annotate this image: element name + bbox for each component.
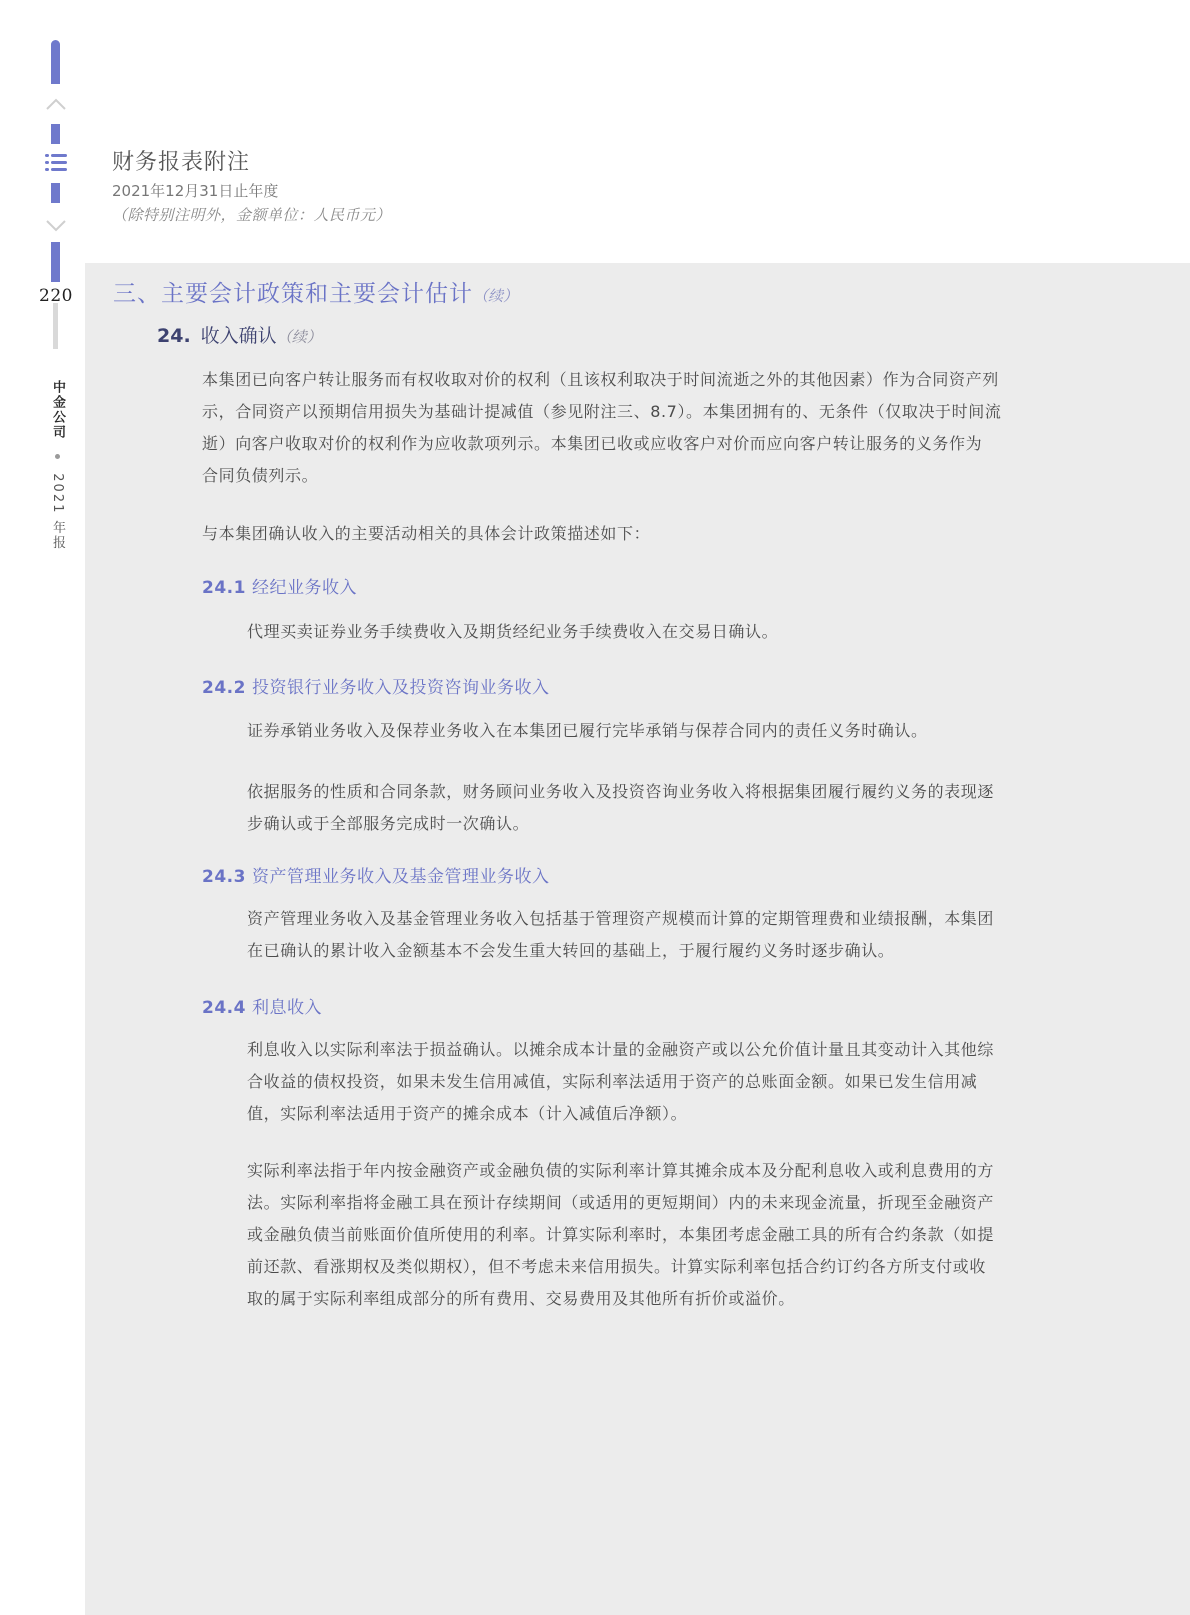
text-line: 资产管理业务收入及基金管理业务收入包括基于管理资产规模而计算的定期管理费和业绩报… — [247, 903, 994, 935]
item-paragraph: 证券承销业务收入及保荐业务收入在本集团已履行完毕承销与保荐合同内的责任义务时确认… — [247, 715, 928, 747]
rail-divider — [53, 303, 58, 349]
item-paragraph: 利息收入以实际利率法于损益确认。以摊余成本计量的金融资产或以公允价值计量且其变动… — [247, 1034, 994, 1130]
separator-dot — [55, 454, 60, 459]
text-line: 与本集团确认收入的主要活动相关的具体会计政策描述如下： — [202, 518, 650, 550]
item-number: 24.4 — [202, 998, 246, 1018]
subsection-number: 24. — [157, 325, 191, 347]
list-menu-icon[interactable] — [44, 152, 68, 174]
rail-accent-bar — [51, 124, 60, 144]
rail-accent-bar — [51, 242, 60, 282]
item-paragraph: 依据服务的性质和合同条款，财务顾问业务收入及投资咨询业务收入将根据集团履行履约义… — [247, 776, 994, 840]
text-line: 实际利率法指于年内按金融资产或金融负债的实际利率计算其摊余成本及分配利息收入或利… — [247, 1155, 994, 1187]
text-line: 合同负债列示。 — [202, 460, 1001, 492]
text-line: 取的属于实际利率组成部分的所有费用、交易费用及其他所有折价或溢价。 — [247, 1283, 994, 1315]
continued-note: （续） — [473, 287, 518, 305]
section-title: 三、主要会计政策和主要会计估计（续） — [113, 278, 518, 312]
text-line: 法。实际利率指将金融工具在预计存续期间（或适用的更短期间）内的未来现金流量，折现… — [247, 1187, 994, 1219]
item-title: 投资银行业务收入及投资咨询业务收入 — [252, 678, 550, 698]
text-line: 在已确认的累计收入金额基本不会发生重大转回的基础上，于履行履约义务时逐步确认。 — [247, 935, 994, 967]
subsection-title-text: 收入确认 — [201, 325, 277, 347]
text-line: 证券承销业务收入及保荐业务收入在本集团已履行完毕承销与保荐合同内的责任义务时确认… — [247, 715, 928, 747]
item-number: 24.2 — [202, 678, 246, 698]
subsection-title: 24.收入确认（续） — [157, 322, 322, 351]
item-title: 利息收入 — [252, 998, 322, 1018]
item-number: 24.3 — [202, 867, 246, 887]
text-line: 代理买卖证券业务手续费收入及期货经纪业务手续费收入在交易日确认。 — [247, 616, 778, 648]
item-paragraph: 实际利率法指于年内按金融资产或金融负债的实际利率计算其摊余成本及分配利息收入或利… — [247, 1155, 994, 1315]
item-heading-24-4: 24.4利息收入 — [202, 994, 322, 1022]
text-line: 步确认或于全部服务完成时一次确认。 — [247, 808, 994, 840]
chevron-down-icon[interactable] — [45, 218, 67, 232]
text-line: 或金融负债当前账面价值所使用的利率。计算实际利率时，本集团考虑金融工具的所有合约… — [247, 1219, 994, 1251]
rail-accent-bar — [51, 183, 60, 203]
report-year: 2021 年报 — [50, 473, 65, 550]
rail-accent-bar — [51, 40, 60, 84]
item-paragraph: 资产管理业务收入及基金管理业务收入包括基于管理资产规模而计算的定期管理费和业绩报… — [247, 903, 994, 967]
item-heading-24-2: 24.2投资银行业务收入及投资咨询业务收入 — [202, 674, 549, 702]
text-line: 值，实际利率法适用于资产的摊余成本（计入减值后净额）。 — [247, 1098, 994, 1130]
text-line: 利息收入以实际利率法于损益确认。以摊余成本计量的金融资产或以公允价值计量且其变动… — [247, 1034, 994, 1066]
text-line: 逝）向客户收取对价的权利作为应收款项列示。本集团已收或应收客户对价而应向客户转让… — [202, 428, 1001, 460]
item-heading-24-3: 24.3资产管理业务收入及基金管理业务收入 — [202, 863, 549, 891]
text-line: 依据服务的性质和合同条款，财务顾问业务收入及投资咨询业务收入将根据集团履行履约义… — [247, 776, 994, 808]
currency-unit-note: （除特别注明外，金额单位：人民币元） — [112, 203, 391, 227]
chevron-up-icon[interactable] — [45, 96, 67, 110]
section-title-text: 三、主要会计政策和主要会计估计 — [113, 281, 473, 307]
item-title: 经纪业务收入 — [252, 578, 357, 598]
document-header: 财务报表附注 2021年12月31日止年度 （除特别注明外，金额单位：人民币元） — [112, 148, 391, 227]
page-navigation-rail: 220 中金公司 2021 年报 — [0, 0, 84, 1615]
text-line: 合收益的债权投资，如果未发生信用减值，实际利率法适用于资产的总账面金额。如果已发… — [247, 1066, 994, 1098]
continued-note: （续） — [277, 328, 322, 346]
text-line: 前还款、看涨期权及类似期权），但不考虑未来信用损失。计算实际利率包括合约订约各方… — [247, 1251, 994, 1283]
lead-paragraph: 与本集团确认收入的主要活动相关的具体会计政策描述如下： — [202, 518, 650, 550]
intro-paragraph: 本集团已向客户转让服务而有权收取对价的权利（且该权利取决于时间流逝之外的其他因素… — [202, 364, 1001, 492]
report-label: 中金公司 2021 年报 — [47, 380, 67, 551]
document-period: 2021年12月31日止年度 — [112, 179, 391, 203]
item-heading-24-1: 24.1经纪业务收入 — [202, 574, 357, 602]
text-line: 示，合同资产以预期信用损失为基础计提减值（参见附注三、8.7）。本集团拥有的、无… — [202, 396, 1001, 428]
text-line: 本集团已向客户转让服务而有权收取对价的权利（且该权利取决于时间流逝之外的其他因素… — [202, 364, 1001, 396]
item-title: 资产管理业务收入及基金管理业务收入 — [252, 867, 550, 887]
item-number: 24.1 — [202, 578, 246, 598]
company-name: 中金公司 — [50, 380, 65, 440]
item-paragraph: 代理买卖证券业务手续费收入及期货经纪业务手续费收入在交易日确认。 — [247, 616, 778, 648]
document-title: 财务报表附注 — [112, 148, 391, 178]
